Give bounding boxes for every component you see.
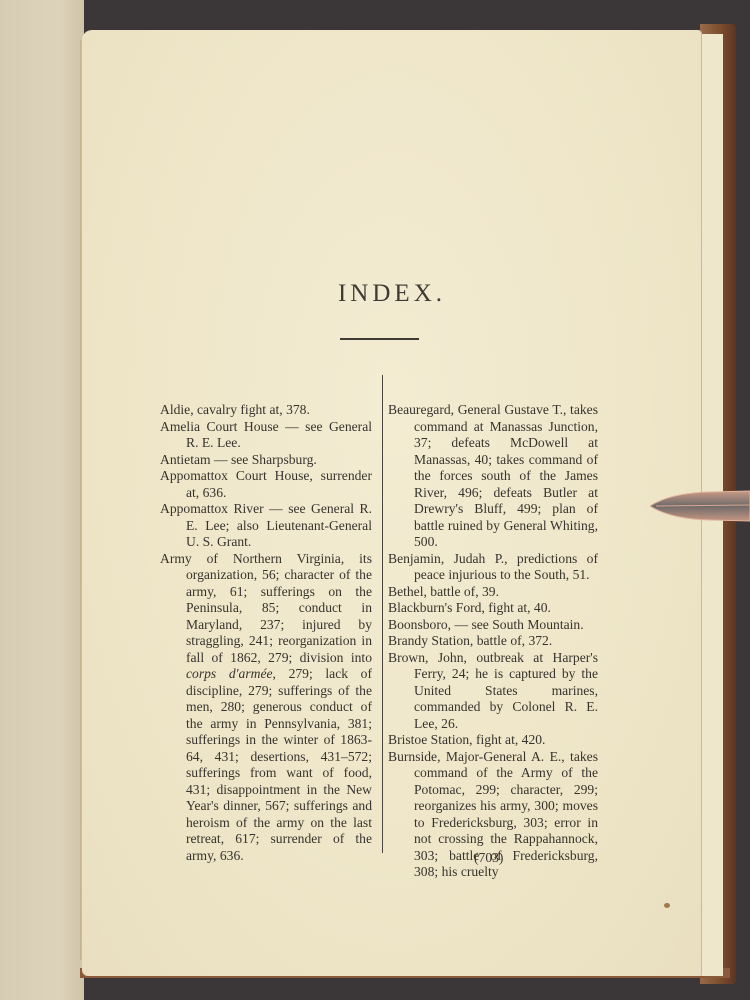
letter-opener-icon [650, 487, 750, 525]
index-entry: Benjamin, Judah P., predictions of peace… [388, 551, 598, 584]
page-number: (703) [474, 850, 503, 866]
column-divider [382, 375, 383, 853]
index-entry: Boonsboro, — see South Mountain. [388, 617, 598, 634]
title-rule [340, 338, 419, 340]
index-entry: Blackburn's Ford, fight at, 40. [388, 600, 598, 617]
index-column-left: Aldie, cavalry fight at, 378. Amelia Cou… [160, 402, 372, 864]
entry-text: , 279; lack of discipline, 279; sufferin… [186, 666, 372, 863]
index-entry: Army of Northern Virginia, its organizat… [160, 551, 372, 865]
index-entry: Antietam — see Sharpsburg. [160, 452, 372, 469]
index-entry: Brandy Station, battle of, 372. [388, 633, 598, 650]
index-entry: Aldie, cavalry fight at, 378. [160, 402, 372, 419]
foxing-spot [664, 903, 670, 908]
facing-page [0, 0, 84, 1000]
index-entry: Appomattox Court House, surrender at, 63… [160, 468, 372, 501]
index-entry: Brown, John, outbreak at Harper's Ferry,… [388, 650, 598, 733]
index-entry: Beauregard, General Gustave T., takes co… [388, 402, 598, 551]
index-page: INDEX. Aldie, cavalry fight at, 378. Ame… [82, 30, 702, 976]
page-title: INDEX. [82, 280, 702, 308]
entry-italic: corps d'armée [186, 666, 273, 681]
index-entry: Bristoe Station, fight at, 420. [388, 732, 598, 749]
index-entry: Appomattox River — see General R. E. Lee… [160, 501, 372, 551]
index-column-right: Beauregard, General Gustave T., takes co… [388, 402, 598, 881]
entry-text: Army of Northern Virginia, its organizat… [160, 551, 372, 665]
index-entry: Amelia Court House — see General R. E. L… [160, 419, 372, 452]
index-entry: Bethel, battle of, 39. [388, 584, 598, 601]
